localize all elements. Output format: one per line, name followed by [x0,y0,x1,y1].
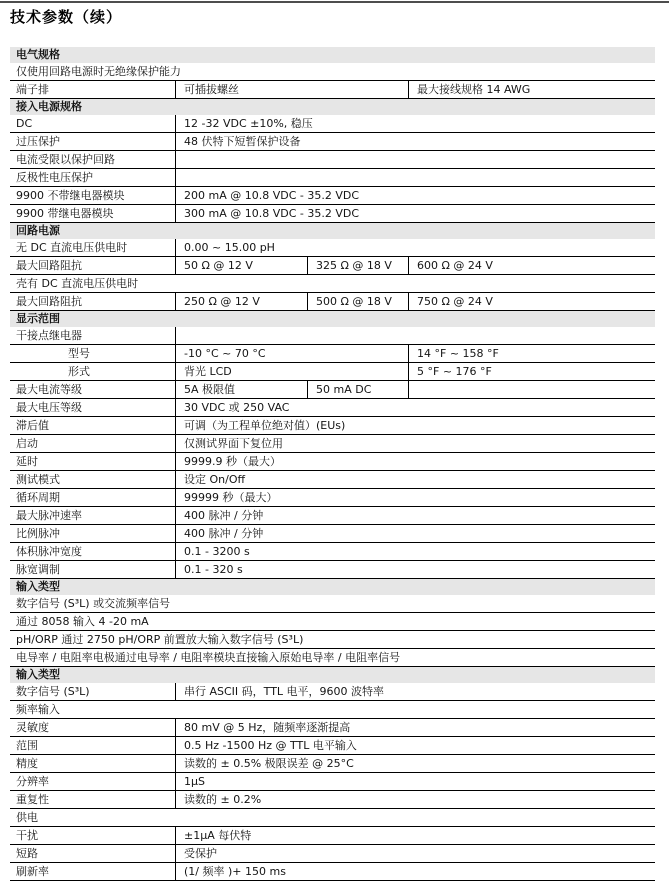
spec-label: 重复性 [10,791,175,808]
spec-label: 范围 [10,737,175,754]
spec-value: 1μS [175,773,655,790]
spec-value: 50 Ω @ 12 V [175,257,307,274]
spec-note-row: 数字信号 (S³L) 或交流频率信号 [10,595,655,613]
spec-row: 9900 带继电器模块300 mA @ 10.8 VDC - 35.2 VDC [10,205,655,223]
spec-label: 9900 不带继电器模块 [10,187,175,204]
spec-label: 无 DC 直流电压供电时 [10,239,175,256]
spec-row: 灵敏度80 mV @ 5 Hz，随频率逐渐提高 [10,719,655,737]
spec-value [175,169,655,186]
spec-value: 读数的 ± 0.5% 极限误差 @ 25°C [175,755,655,772]
spec-label: 最大回路阻抗 [10,257,175,274]
spec-value: 设定 On/Off [175,471,655,488]
section-header-row: 输入类型 [10,667,655,683]
spec-value: 48 伏特下短暂保护设备 [175,133,655,150]
section-header-label: 显示范围 [10,311,655,327]
spec-label: 滞后值 [10,417,175,434]
section-header-label: 输入类型 [10,667,655,683]
spec-value: 0.00 ~ 15.00 pH [175,239,655,256]
spec-label: 最大回路阻抗 [10,293,175,310]
spec-label: 比例脉冲 [10,525,175,542]
section-header-row: 回路电源 [10,223,655,239]
spec-value: ±1μA 每伏特 [175,827,655,844]
spec-value: 可插拔螺丝 [175,81,408,98]
spec-value: 600 Ω @ 24 V [408,257,655,274]
spec-label: 短路 [10,845,175,862]
spec-label: 过压保护 [10,133,175,150]
spec-value: 50 mA DC [307,381,408,398]
spec-value: 400 脉冲 / 分钟 [175,507,655,524]
spec-value: 99999 秒（最大） [175,489,655,506]
spec-label: 灵敏度 [10,719,175,736]
spec-note-row: 频率输入 [10,701,655,719]
spec-label: 供电 [10,809,655,826]
section-header-label: 接入电源规格 [10,99,655,115]
spec-label: 刷新率 [10,863,175,880]
spec-label: 反极性电压保护 [10,169,175,186]
section-header-row: 输入类型 [10,579,655,595]
spec-value: 0.1 - 320 s [175,561,655,578]
spec-value: -10 °C ~ 70 °C [175,345,408,362]
spec-value: 可调（为工程单位绝对值）(EUs) [175,417,655,434]
spec-row: 形式背光 LCD5 °F ~ 176 °F [10,363,655,381]
spec-row: 短路受保护 [10,845,655,863]
section-header-row: 显示范围 [10,311,655,327]
spec-row: 精度读数的 ± 0.5% 极限误差 @ 25°C [10,755,655,773]
spec-value: 5 °F ~ 176 °F [408,363,655,380]
page-top-rule [0,1,669,3]
spec-row: 干扰±1μA 每伏特 [10,827,655,845]
spec-value: (1/ 频率 )+ 150 ms [175,863,655,880]
spec-value: 750 Ω @ 24 V [408,293,655,310]
spec-row: 反极性电压保护 [10,169,655,187]
spec-label: 延时 [10,453,175,470]
spec-row: 滞后值可调（为工程单位绝对值）(EUs) [10,417,655,435]
spec-table: 电气规格仅使用回路电源时无绝缘保护能力端子排可插拔螺丝最大接线规格 14 AWG… [10,47,655,881]
spec-row: 端子排可插拔螺丝最大接线规格 14 AWG [10,81,655,99]
spec-value: 12 -32 VDC ±10%, 稳压 [175,115,655,132]
spec-value: 0.1 - 3200 s [175,543,655,560]
spec-row: 型号-10 °C ~ 70 °C14 °F ~ 158 °F [10,345,655,363]
spec-label: 仅使用回路电源时无绝缘保护能力 [10,63,655,80]
spec-label: 循环周期 [10,489,175,506]
spec-label: 启动 [10,435,175,452]
spec-value: 0.5 Hz -1500 Hz @ TTL 电平输入 [175,737,655,754]
spec-row: 无 DC 直流电压供电时0.00 ~ 15.00 pH [10,239,655,257]
section-header-label: 回路电源 [10,223,655,239]
spec-value: 9999.9 秒（最大） [175,453,655,470]
spec-value: 仅测试界面下复位用 [175,435,655,452]
spec-row: 测试模式设定 On/Off [10,471,655,489]
spec-label: 干扰 [10,827,175,844]
spec-value: 400 脉冲 / 分钟 [175,525,655,542]
spec-label: 壳有 DC 直流电压供电时 [10,275,655,292]
spec-label: 测试模式 [10,471,175,488]
spec-value: 30 VDC 或 250 VAC [175,399,655,416]
spec-note-row: 供电 [10,809,655,827]
spec-row: 最大回路阻抗50 Ω @ 12 V325 Ω @ 18 V600 Ω @ 24 … [10,257,655,275]
spec-row: 最大电压等级30 VDC 或 250 VAC [10,399,655,417]
spec-value: 背光 LCD [175,363,408,380]
spec-row: 过压保护48 伏特下短暂保护设备 [10,133,655,151]
spec-row: 9900 不带继电器模块200 mA @ 10.8 VDC - 35.2 VDC [10,187,655,205]
spec-note-row: 电导率 / 电阻率电极通过电导率 / 电阻率模块直接输入原始电导率 / 电阻率信… [10,649,655,667]
spec-row: 数字信号 (S³L)串行 ASCII 码，TTL 电平，9600 波特率 [10,683,655,701]
spec-row: 刷新率(1/ 频率 )+ 150 ms [10,863,655,881]
spec-row: 脉宽调制0.1 - 320 s [10,561,655,579]
spec-value: 读数的 ± 0.2% [175,791,655,808]
spec-value: 300 mA @ 10.8 VDC - 35.2 VDC [175,205,655,222]
spec-value: 500 Ω @ 18 V [307,293,408,310]
spec-label: 端子排 [10,81,175,98]
spec-label: pH/ORP 通过 2750 pH/ORP 前置放大输入数字信号 (S³L) [10,631,655,648]
spec-value: 250 Ω @ 12 V [175,293,307,310]
spec-row: DC12 -32 VDC ±10%, 稳压 [10,115,655,133]
spec-value: 最大接线规格 14 AWG [408,81,655,98]
spec-note-row: 仅使用回路电源时无绝缘保护能力 [10,63,655,81]
spec-value: 5A 极限值 [175,381,307,398]
spec-label: 干接点继电器 [10,327,175,344]
spec-row: 启动仅测试界面下复位用 [10,435,655,453]
spec-value [175,151,655,168]
spec-row: 最大脉冲速率400 脉冲 / 分钟 [10,507,655,525]
spec-row: 比例脉冲400 脉冲 / 分钟 [10,525,655,543]
spec-row: 最大电流等级5A 极限值50 mA DC [10,381,655,399]
spec-label: 形式 [10,363,175,380]
spec-value [175,327,655,344]
spec-label: 数字信号 (S³L) [10,683,175,700]
spec-row: 电流受限以保护回路 [10,151,655,169]
spec-note-row: 壳有 DC 直流电压供电时 [10,275,655,293]
spec-row: 分辨率1μS [10,773,655,791]
spec-value: 受保护 [175,845,655,862]
spec-label: 电流受限以保护回路 [10,151,175,168]
section-header-label: 输入类型 [10,579,655,595]
spec-label: 型号 [10,345,175,362]
spec-value [408,381,655,398]
spec-label: 频率输入 [10,701,655,718]
spec-label: 9900 带继电器模块 [10,205,175,222]
section-header-row: 接入电源规格 [10,99,655,115]
spec-value: 200 mA @ 10.8 VDC - 35.2 VDC [175,187,655,204]
spec-label: 数字信号 (S³L) 或交流频率信号 [10,595,655,612]
spec-row: 范围0.5 Hz -1500 Hz @ TTL 电平输入 [10,737,655,755]
spec-note-row: pH/ORP 通过 2750 pH/ORP 前置放大输入数字信号 (S³L) [10,631,655,649]
spec-label: 脉宽调制 [10,561,175,578]
spec-note-row: 通过 8058 输入 4 -20 mA [10,613,655,631]
section-header-label: 电气规格 [10,47,655,63]
spec-label: 最大电压等级 [10,399,175,416]
spec-row: 干接点继电器 [10,327,655,345]
spec-label: 精度 [10,755,175,772]
spec-row: 延时9999.9 秒（最大） [10,453,655,471]
spec-row: 循环周期99999 秒（最大） [10,489,655,507]
spec-value: 14 °F ~ 158 °F [408,345,655,362]
spec-value: 80 mV @ 5 Hz，随频率逐渐提高 [175,719,655,736]
spec-value: 325 Ω @ 18 V [307,257,408,274]
spec-value: 串行 ASCII 码，TTL 电平，9600 波特率 [175,683,655,700]
spec-label: 分辨率 [10,773,175,790]
spec-label: 电导率 / 电阻率电极通过电导率 / 电阻率模块直接输入原始电导率 / 电阻率信… [10,649,655,666]
spec-row: 体积脉冲宽度0.1 - 3200 s [10,543,655,561]
spec-label: 最大电流等级 [10,381,175,398]
spec-label: DC [10,115,175,132]
spec-label: 体积脉冲宽度 [10,543,175,560]
spec-label: 通过 8058 输入 4 -20 mA [10,613,655,630]
page-title: 技术参数（续） [10,6,122,27]
spec-label: 最大脉冲速率 [10,507,175,524]
spec-row: 重复性读数的 ± 0.2% [10,791,655,809]
section-header-row: 电气规格 [10,47,655,63]
spec-row: 最大回路阻抗250 Ω @ 12 V500 Ω @ 18 V750 Ω @ 24… [10,293,655,311]
